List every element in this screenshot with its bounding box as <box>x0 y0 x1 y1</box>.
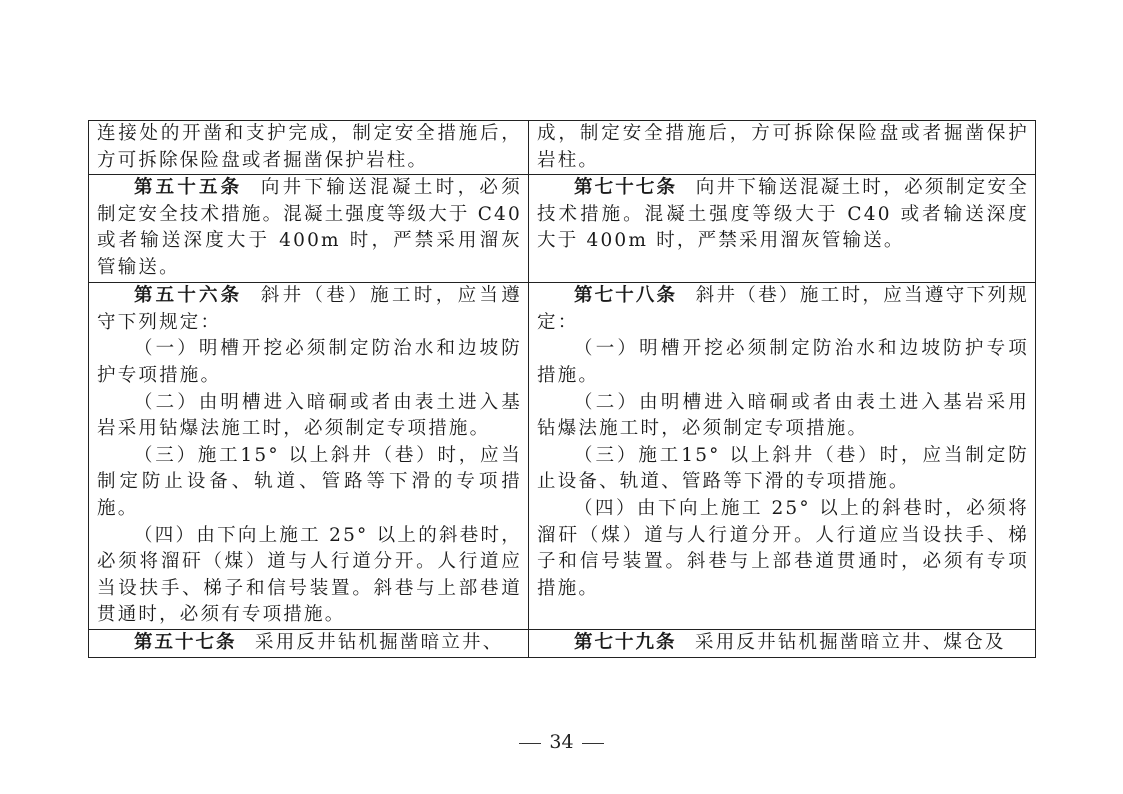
paragraph-text: （三）施工15° 以上斜井（巷）时，应当制定防止设备、轨道、管路等下滑的专项措施… <box>537 445 1029 493</box>
paragraph-text: （三）施工15° 以上斜井（巷）时，应当制定防止设备、轨道、管路等下滑的专项措施… <box>97 445 522 519</box>
comparison-table: 连接处的开凿和支护完成，制定安全措施后，方可拆除保险盘或者掘凿保护岩柱。 成，制… <box>88 120 1036 658</box>
table-row: 第五十六条斜井（巷）施工时，应当遵守下列规定： （一）明槽开挖必须制定防治水和边… <box>89 283 1036 630</box>
new-text-cell: 第七十九条采用反井钻机掘凿暗立井、煤仓及 <box>529 630 1036 658</box>
paragraph: 第七十七条向井下输送混凝土时，必须制定安全技术措施。混凝土强度等级大于 C40 … <box>537 175 1029 255</box>
page-footer: 34 <box>0 731 1123 753</box>
paragraph: 第五十六条斜井（巷）施工时，应当遵守下列规定： <box>97 283 522 336</box>
new-text-cell: 第七十七条向井下输送混凝土时，必须制定安全技术措施。混凝土强度等级大于 C40 … <box>529 175 1036 283</box>
list-item: （一）明槽开挖必须制定防治水和边坡防护专项措施。 <box>97 336 522 389</box>
paragraph-text: （二）由明槽进入暗硐或者由表土进入基岩采用钻爆法施工时，必须制定专项措施。 <box>537 392 1029 440</box>
list-item: （二）由明槽进入暗硐或者由表土进入基岩采用钻爆法施工时，必须制定专项措施。 <box>537 390 1029 443</box>
paragraph: 成，制定安全措施后，方可拆除保险盘或者掘凿保护岩柱。 <box>537 121 1029 174</box>
dash-decoration <box>519 743 541 744</box>
article-number: 第五十五条 <box>134 177 242 198</box>
article-number: 第五十六条 <box>134 285 242 306</box>
paragraph-text: （四）由下向上施工 25° 以上的斜巷时，必须将溜矸（煤）道与人行道分开。人行道… <box>97 525 522 626</box>
paragraph-text: 采用反井钻机掘凿暗立井、 <box>255 632 503 653</box>
article-number: 第七十九条 <box>574 632 677 653</box>
article-number: 第五十七条 <box>134 632 237 653</box>
paragraph-text: 采用反井钻机掘凿暗立井、煤仓及 <box>695 632 1006 653</box>
list-item: （三）施工15° 以上斜井（巷）时，应当制定防止设备、轨道、管路等下滑的专项措施… <box>97 443 522 523</box>
table-row: 第五十七条采用反井钻机掘凿暗立井、 第七十九条采用反井钻机掘凿暗立井、煤仓及 <box>89 630 1036 658</box>
page-number: 34 <box>549 731 573 753</box>
list-item: （二）由明槽进入暗硐或者由表土进入基岩采用钻爆法施工时，必须制定专项措施。 <box>97 390 522 443</box>
paragraph-text: （一）明槽开挖必须制定防治水和边坡防护专项措施。 <box>97 338 522 386</box>
list-item: （四）由下向上施工 25° 以上的斜巷时，必须将溜矸（煤）道与人行道分开。人行道… <box>97 523 522 629</box>
old-text-cell: 第五十六条斜井（巷）施工时，应当遵守下列规定： （一）明槽开挖必须制定防治水和边… <box>89 283 529 630</box>
table-row: 连接处的开凿和支护完成，制定安全措施后，方可拆除保险盘或者掘凿保护岩柱。 成，制… <box>89 121 1036 175</box>
paragraph: 第五十七条采用反井钻机掘凿暗立井、 <box>97 630 522 657</box>
list-item: （四）由下向上施工 25° 以上的斜巷时，必须将溜矸（煤）道与人行道分开。人行道… <box>537 496 1029 602</box>
paragraph-text: 成，制定安全措施后，方可拆除保险盘或者掘凿保护岩柱。 <box>537 123 1029 171</box>
paragraph: 第七十九条采用反井钻机掘凿暗立井、煤仓及 <box>537 630 1029 657</box>
paragraph-text: （一）明槽开挖必须制定防治水和边坡防护专项措施。 <box>537 338 1029 386</box>
list-item: （三）施工15° 以上斜井（巷）时，应当制定防止设备、轨道、管路等下滑的专项措施… <box>537 443 1029 496</box>
new-text-cell: 成，制定安全措施后，方可拆除保险盘或者掘凿保护岩柱。 <box>529 121 1036 175</box>
list-item: （一）明槽开挖必须制定防治水和边坡防护专项措施。 <box>537 336 1029 389</box>
paragraph: 第七十八条斜井（巷）施工时，应当遵守下列规定： <box>537 283 1029 336</box>
old-text-cell: 第五十五条向井下输送混凝土时，必须制定安全技术措施。混凝土强度等级大于 C40 … <box>89 175 529 283</box>
paragraph-text: （二）由明槽进入暗硐或者由表土进入基岩采用钻爆法施工时，必须制定专项措施。 <box>97 392 522 440</box>
paragraph-text: （四）由下向上施工 25° 以上的斜巷时，必须将溜矸（煤）道与人行道分开。人行道… <box>537 498 1029 599</box>
new-text-cell: 第七十八条斜井（巷）施工时，应当遵守下列规定： （一）明槽开挖必须制定防治水和边… <box>529 283 1036 630</box>
old-text-cell: 连接处的开凿和支护完成，制定安全措施后，方可拆除保险盘或者掘凿保护岩柱。 <box>89 121 529 175</box>
paragraph: 第五十五条向井下输送混凝土时，必须制定安全技术措施。混凝土强度等级大于 C40 … <box>97 175 522 281</box>
old-text-cell: 第五十七条采用反井钻机掘凿暗立井、 <box>89 630 529 658</box>
article-number: 第七十七条 <box>574 177 677 198</box>
table-row: 第五十五条向井下输送混凝土时，必须制定安全技术措施。混凝土强度等级大于 C40 … <box>89 175 1036 283</box>
article-number: 第七十八条 <box>574 285 677 306</box>
document-page: 连接处的开凿和支护完成，制定安全措施后，方可拆除保险盘或者掘凿保护岩柱。 成，制… <box>0 0 1123 794</box>
paragraph: 连接处的开凿和支护完成，制定安全措施后，方可拆除保险盘或者掘凿保护岩柱。 <box>97 121 522 174</box>
dash-decoration <box>582 743 604 744</box>
paragraph-text: 连接处的开凿和支护完成，制定安全措施后，方可拆除保险盘或者掘凿保护岩柱。 <box>97 123 522 171</box>
